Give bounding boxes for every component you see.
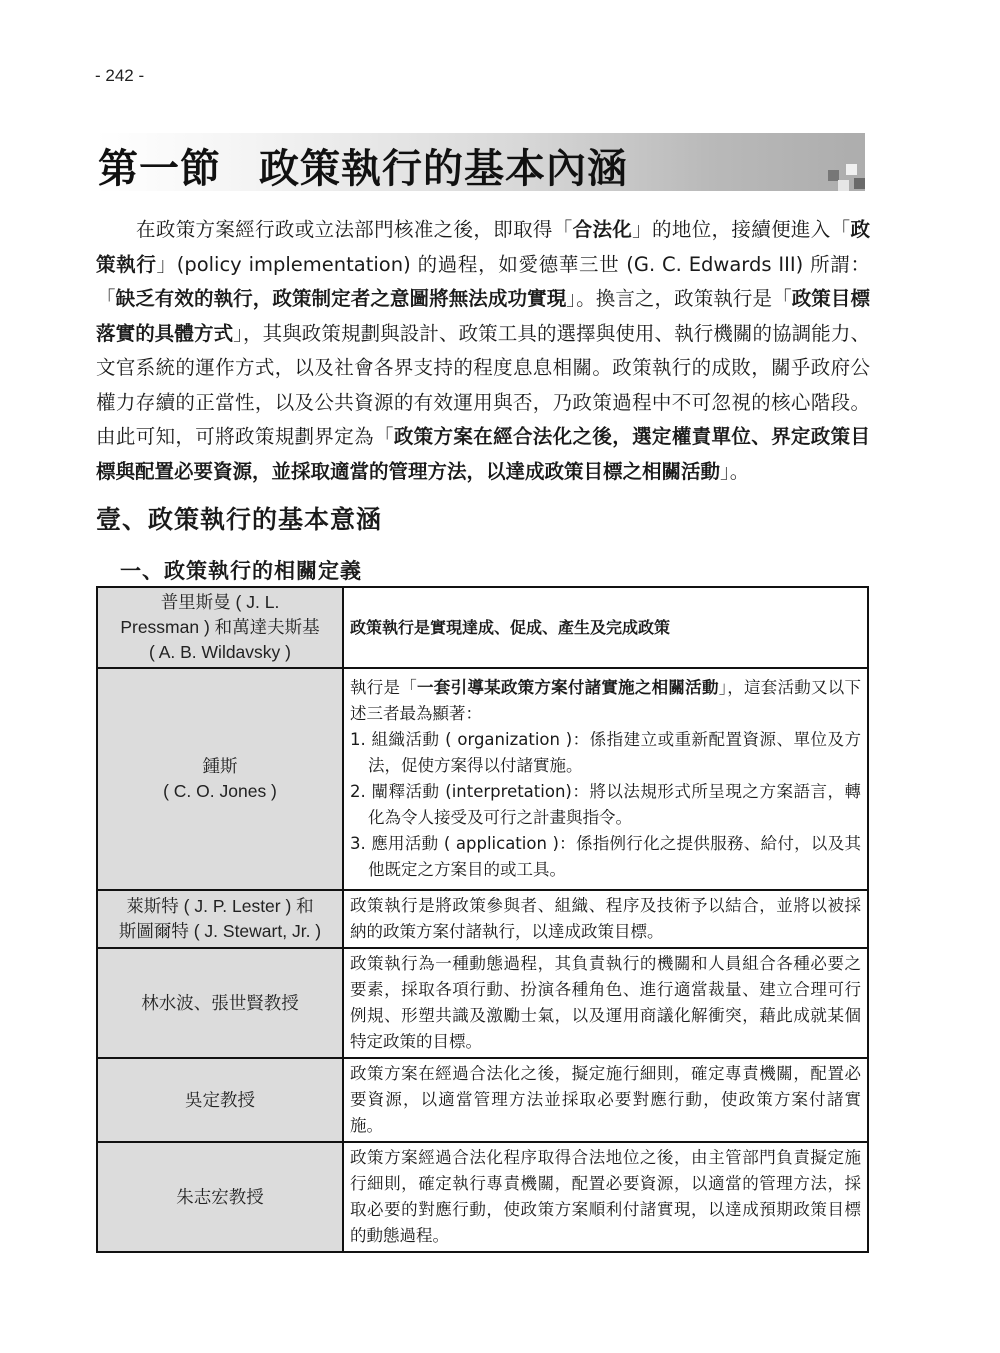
scholar-cell: 普里斯曼 ( J. L. Pressman ) 和萬達夫斯基 ( A. B. W… [97, 587, 343, 668]
definition-cell: 政策方案在經過合法化之後，擬定施行細則，確定專責機關，配置必要資源，以適當管理方… [343, 1058, 868, 1142]
section-number: 第一節 [98, 145, 221, 192]
section-title-text: 政策執行的基本內涵 [259, 145, 628, 192]
intro-paragraph: 在政策方案經行政或立法部門核准之後，即取得「合法化」的地位，接續便進入「政策執行… [96, 213, 870, 489]
scholar-name: 斯圖爾特 ( J. Stewart, Jr. ) [104, 919, 336, 944]
decorative-square-icon [854, 178, 865, 189]
heading-level2: 一、政策執行的相關定義 [120, 555, 362, 585]
table-row: 普里斯曼 ( J. L. Pressman ) 和萬達夫斯基 ( A. B. W… [97, 587, 868, 668]
definition-cell: 執行是「一套引導某政策方案付諸實施之相關活動」，這套活動又以下述三者最為顯著： … [343, 668, 868, 890]
page-number: - 242 - [95, 66, 144, 86]
intro-text: 」。 [720, 460, 749, 483]
table-row: 林水波、張世賢教授 政策執行為一種動態過程，其負責執行的機關和人員組合各種必要之… [97, 948, 868, 1058]
list-item: 2. 闡釋活動 (interpretation)：將以法規形式所呈現之方案語言，… [350, 779, 861, 831]
scholar-name: 朱志宏教授 [104, 1185, 336, 1210]
scholar-cell: 吳定教授 [97, 1058, 343, 1142]
scholar-cell: 鍾斯 ( C. O. Jones ) [97, 668, 343, 890]
intro-text: 在政策方案經行政或立法部門核准之後，即取得「 [136, 218, 573, 241]
scholar-name: ( C. O. Jones ) [104, 779, 336, 804]
scholar-name: 吳定教授 [104, 1088, 336, 1113]
scholar-name: 普里斯曼 ( J. L. [104, 590, 336, 615]
intro-text: 」。換言之，政策執行是「 [566, 287, 791, 310]
list-item: 3. 應用活動 ( application )：係指例行化之提供服務、給付，以及… [350, 831, 861, 883]
table-row: 萊斯特 ( J. P. Lester ) 和 斯圖爾特 ( J. Stewart… [97, 890, 868, 948]
definition-intro: 執行是「一套引導某政策方案付諸實施之相關活動」，這套活動又以下述三者最為顯著： [350, 675, 861, 727]
section-title: 第一節政策執行的基本內涵 [98, 137, 628, 194]
scholar-cell: 萊斯特 ( J. P. Lester ) 和 斯圖爾特 ( J. Stewart… [97, 890, 343, 948]
definitions-table: 普里斯曼 ( J. L. Pressman ) 和萬達夫斯基 ( A. B. W… [96, 586, 869, 1253]
table-row: 吳定教授 政策方案在經過合法化之後，擬定施行細則，確定專責機關，配置必要資源，以… [97, 1058, 868, 1142]
scholar-name: 萊斯特 ( J. P. Lester ) 和 [104, 894, 336, 919]
decorative-square-icon [838, 180, 849, 191]
definition-cell: 政策執行是實現達成、促成、產生及完成政策 [343, 587, 868, 668]
section-banner: 第一節政策執行的基本內涵 [96, 133, 865, 191]
table-row: 朱志宏教授 政策方案經過合法化程序取得合法地位之後，由主管部門負責擬定施行細則，… [97, 1142, 868, 1252]
definition-emphasis: 一套引導某政策方案付諸實施之相關活動 [417, 678, 719, 697]
intro-text: 」的地位，接續便進入「 [632, 218, 850, 241]
scholar-name: ( A. B. Wildavsky ) [104, 640, 336, 665]
table-row: 鍾斯 ( C. O. Jones ) 執行是「一套引導某政策方案付諸實施之相關活… [97, 668, 868, 890]
definition-cell: 政策執行為一種動態過程，其負責執行的機關和人員組合各種必要之要素，採取各項行動、… [343, 948, 868, 1058]
definition-cell: 政策方案經過合法化程序取得合法地位之後，由主管部門負責擬定施行細則，確定執行專責… [343, 1142, 868, 1252]
definition-cell: 政策執行是將政策參與者、組織、程序及技術予以結合，並將以被採納的政策方案付諸執行… [343, 890, 868, 948]
decorative-square-icon [846, 164, 857, 175]
scholar-cell: 朱志宏教授 [97, 1142, 343, 1252]
intro-emphasis: 缺乏有效的執行，政策制定者之意圖將無法成功實現 [116, 287, 567, 310]
heading-level1: 壹、政策執行的基本意涵 [96, 500, 382, 536]
definition-text: 執行是「 [350, 678, 417, 697]
intro-emphasis: 合法化 [573, 218, 633, 241]
scholar-cell: 林水波、張世賢教授 [97, 948, 343, 1058]
scholar-name: 鍾斯 [104, 754, 336, 779]
scholar-name: Pressman ) 和萬達夫斯基 [104, 615, 336, 640]
scholar-name: 林水波、張世賢教授 [104, 991, 336, 1016]
list-item: 1. 組織活動 ( organization )：係指建立或重新配置資源、單位及… [350, 727, 861, 779]
